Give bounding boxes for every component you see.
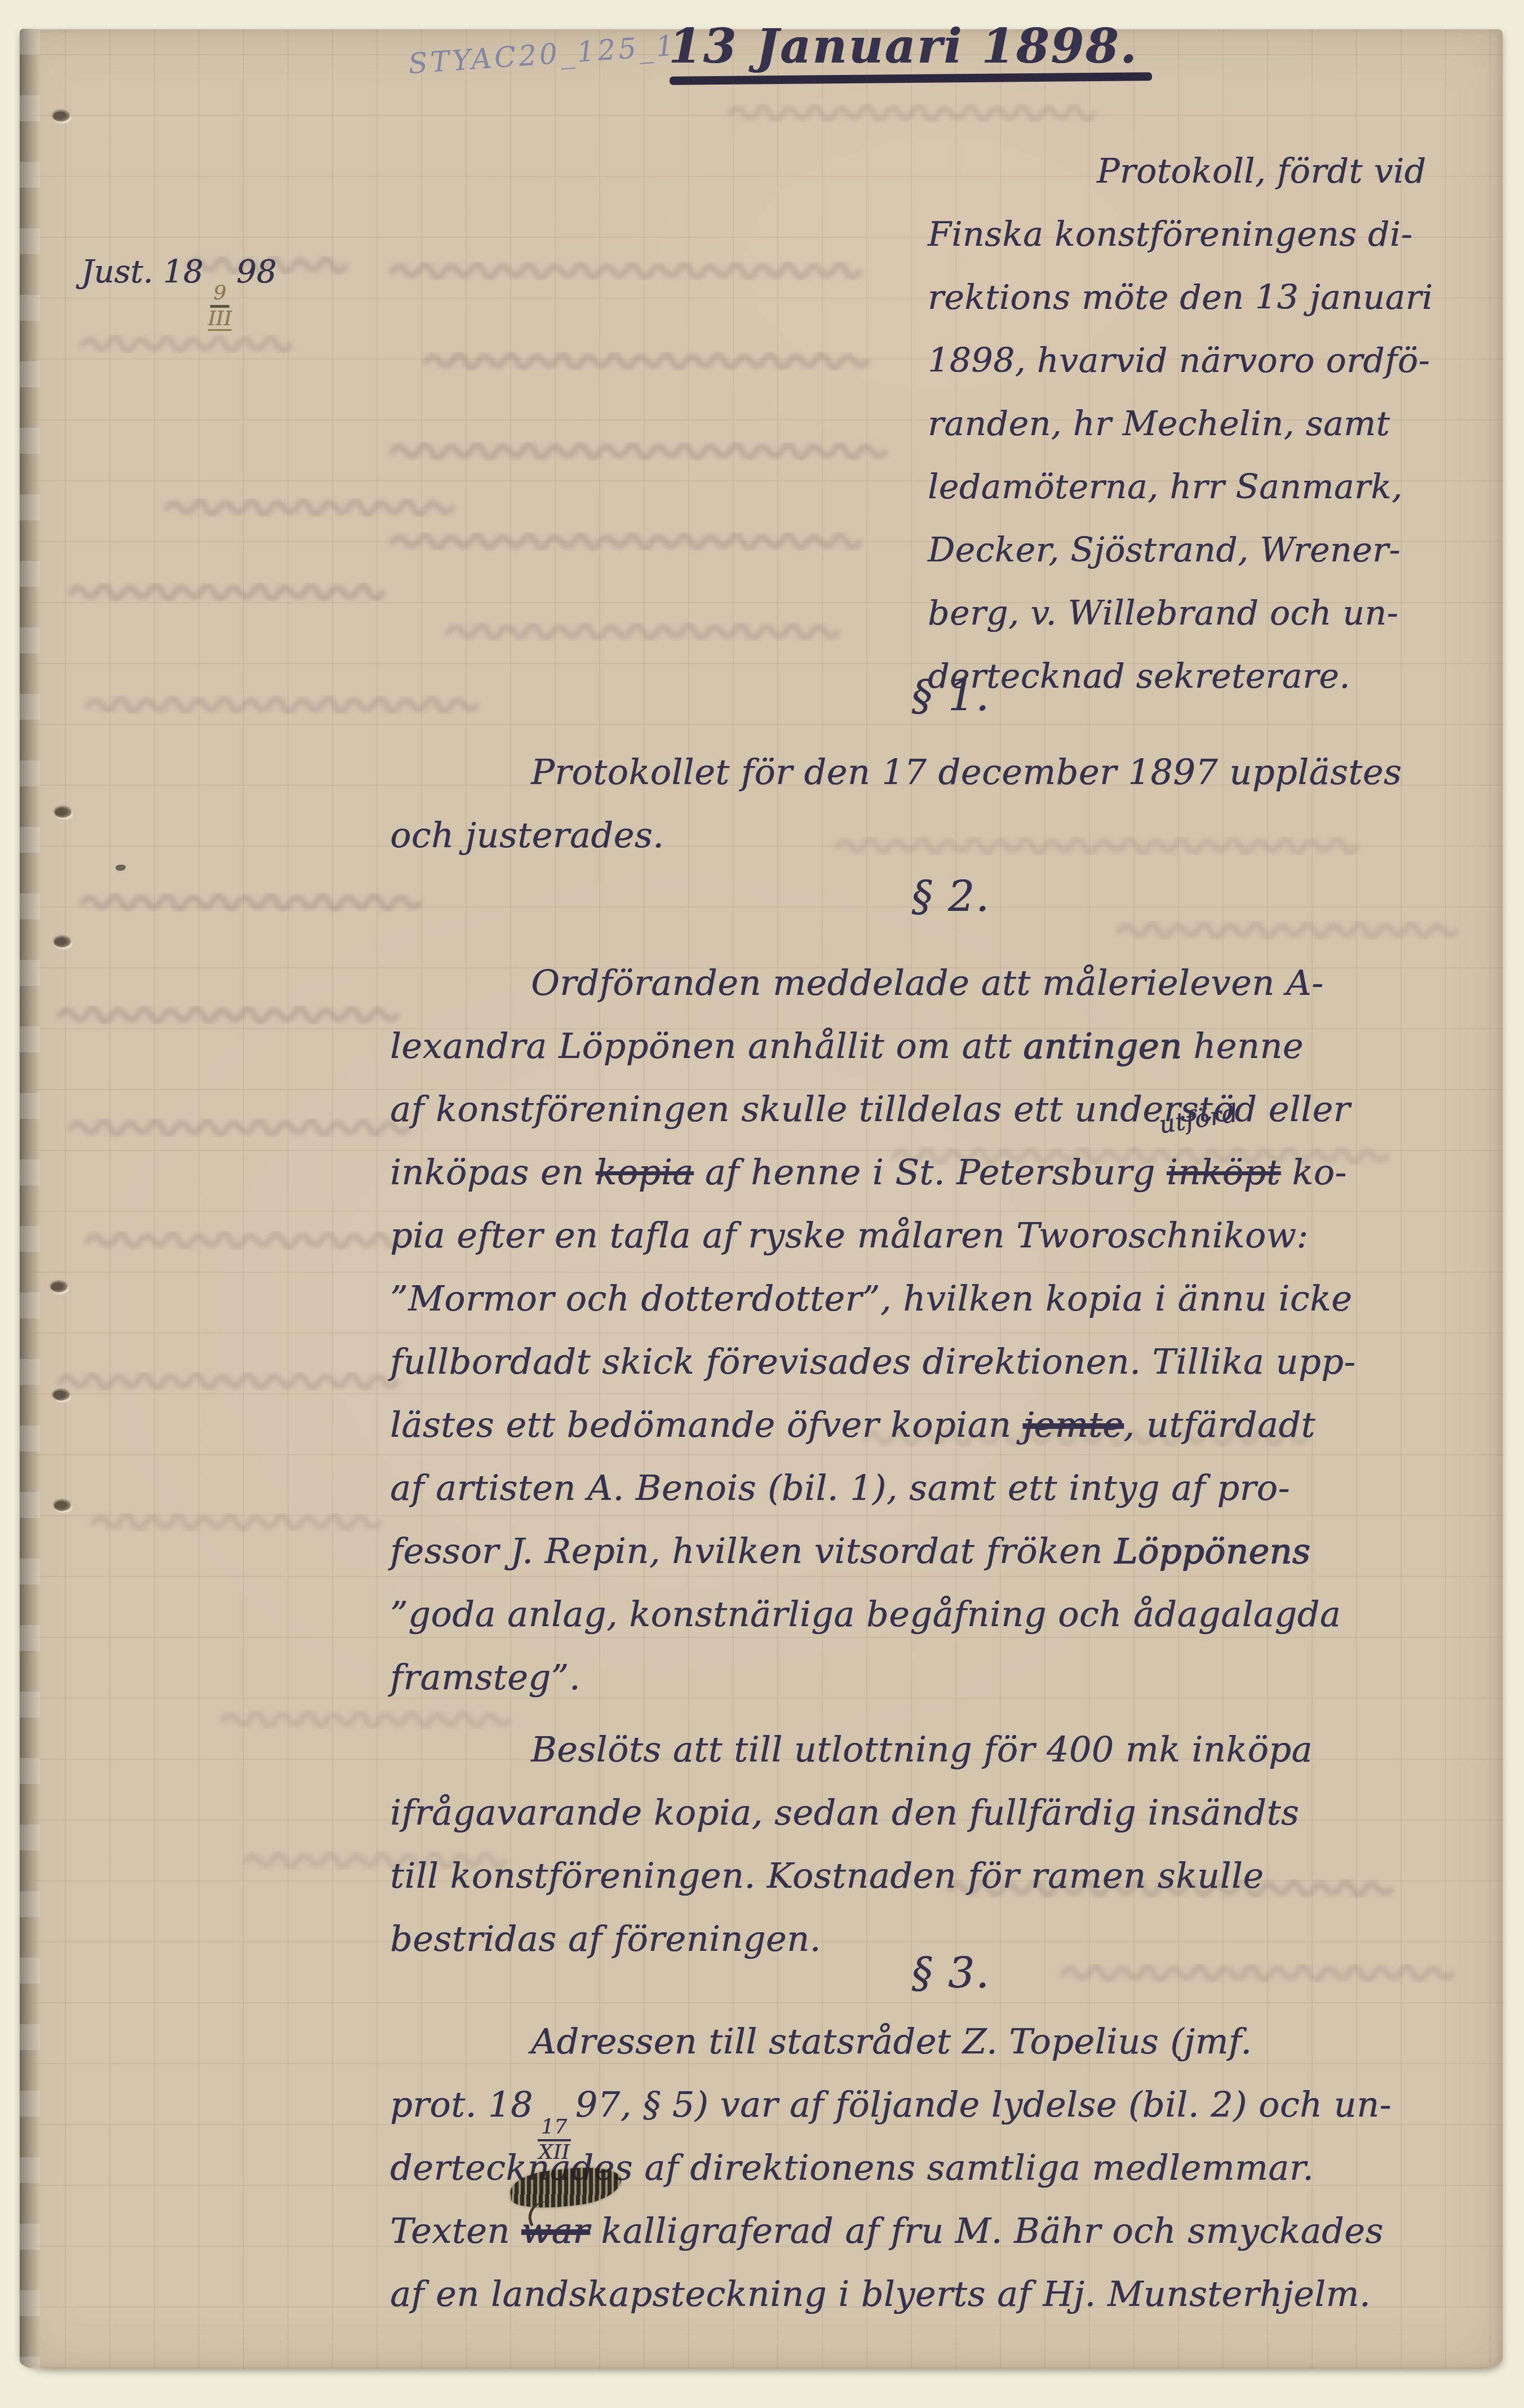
text-line: Decker, Sjöstrand, Wrener- [928,519,1524,582]
section-3-mark: § 3. [390,1949,1512,1998]
manuscript-page: STYAC20_125_1 13 Januari 1898. Just. 189… [20,29,1503,2369]
text-line: Ordföranden meddelade att målerieleven A… [390,951,1512,1015]
text-line: inköpas en kopia af henne i St. Petersbu… [390,1141,1512,1204]
section-1-mark: § 1. [390,672,1512,720]
text-line: ifrågavarande kopia, sedan den fullfärdi… [390,1781,1512,1844]
margin-note-fraction: 9III [208,283,232,331]
text-line: af artisten A. Benois (bil. 1), samt ett… [390,1457,1512,1520]
text-line: prot. 1817XII97, § 5) var af följande ly… [390,2073,1512,2136]
punch-hole [53,111,70,122]
scan-background: STYAC20_125_1 13 Januari 1898. Just. 189… [0,0,1524,2408]
punch-hole [53,1390,70,1401]
text-line: 1898, hvarvid närvoro ordfö- [928,329,1524,392]
text-line: fessor J. Repin, hvilken vitsordat fröke… [390,1520,1512,1583]
section-2-mark: § 2. [390,873,1512,921]
text-line: pia efter en tafla af ryske målaren Twor… [390,1204,1512,1267]
text-line: Adressen till statsrådet Z. Topelius (jm… [390,2010,1512,2073]
text-line: berg, v. Willebrand och un- [928,582,1524,645]
text-line: och justerades. [390,804,1512,867]
punch-hole [54,1500,71,1511]
text-line: Protokoll, fördt vid [928,140,1524,203]
punch-hole [51,1282,68,1292]
archive-reference-pencil: STYAC20_125_1 [407,29,678,80]
page-title-date: 13 Januari 1898. [668,18,1138,74]
section-3-paragraph: Adressen till statsrådet Z. Topelius (jm… [390,2010,1512,2326]
text-line: till konstföreningen. Kostnaden för rame… [390,1844,1512,1907]
text-line: lexandra Löppönen anhållit om att anting… [390,1015,1512,1078]
torn-left-edge [20,29,40,2369]
punch-hole [54,937,71,948]
text-line: framsteg”. [390,1646,1512,1709]
text-line: Beslöts att till utlottning för 400 mk i… [390,1718,1512,1781]
punch-hole [55,807,72,818]
margin-note-suffix: 98 [236,254,276,290]
text-line: rektions möte den 13 januari [928,266,1524,329]
section-2-paragraph-1: Ordföranden meddelade att målerieleven A… [390,951,1512,1709]
opening-paragraph: Protokoll, fördt vidFinska konstförening… [928,140,1524,708]
text-line: af en landskapsteckning i blyerts af Hj.… [390,2263,1512,2326]
text-line: lästes ett bedömande öfver kopian jemte,… [390,1393,1512,1457]
text-line: Finska konstföreningens di- [928,203,1524,266]
title-underline [670,72,1152,85]
text-line: fullbordadt skick förevisades direktione… [390,1330,1512,1393]
section-2-paragraph-2: Beslöts att till utlottning för 400 mk i… [390,1718,1512,1971]
margin-note-prefix: Just. 18 [81,254,203,290]
fraction-numerator: 9 [210,283,230,308]
text-line: ”Mormor och dotterdotter”, hvilken kopia… [390,1267,1512,1330]
text-line: Protokollet för den 17 december 1897 upp… [390,741,1512,804]
ink-speck [116,865,126,871]
section-1-paragraph: Protokollet för den 17 december 1897 upp… [390,741,1512,867]
text-line: af konstföreningen skulle tilldelas ett … [390,1078,1512,1141]
text-line: ”goda anlag, konstnärliga begåfning och … [390,1583,1512,1646]
margin-note-justering: Just. 189III98 [81,254,277,331]
fraction-denominator: III [208,308,232,331]
text-line: randen, hr Mechelin, samt [928,392,1524,455]
text-line: ledamöterna, hrr Sanmark, [928,455,1524,519]
